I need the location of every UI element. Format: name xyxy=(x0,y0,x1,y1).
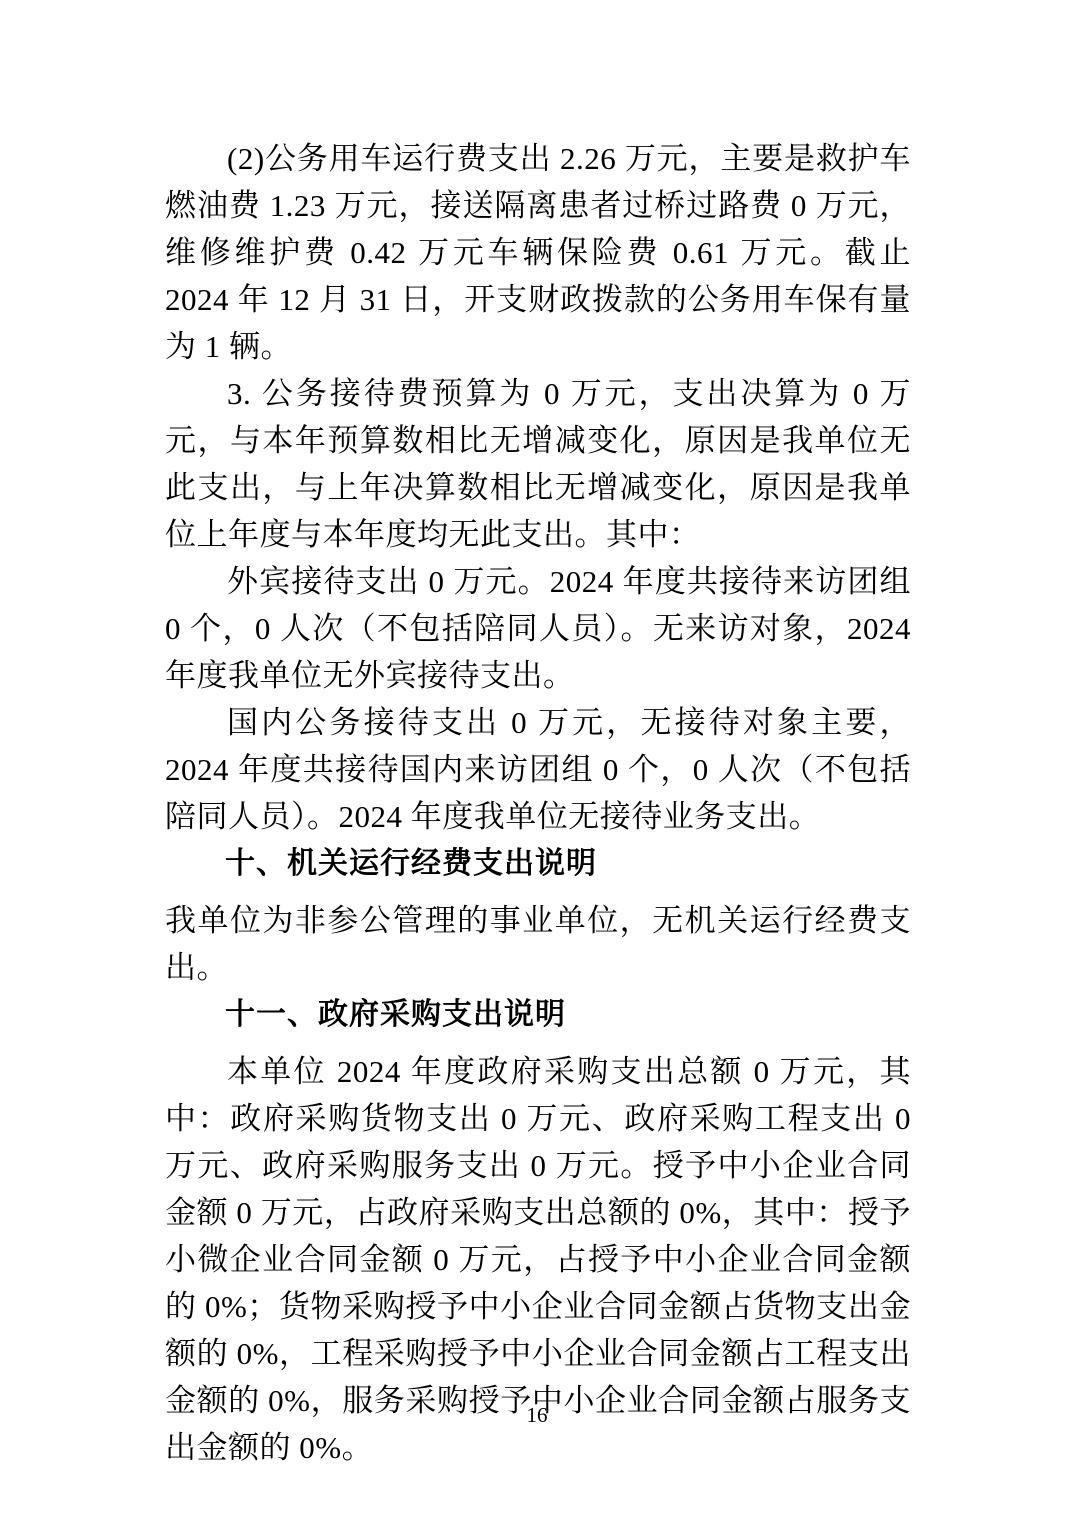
para-official-reception-expense: 3. 公务接待费预算为 0 万元，支出决算为 0 万元，与本年预算数相比无增减变… xyxy=(165,370,911,558)
heading-agency-operating-expense: 十、机关运行经费支出说明 xyxy=(165,840,911,887)
para-domestic-reception: 国内公务接待支出 0 万元，无接待对象主要，2024 年度共接待国内来访团组 0… xyxy=(165,699,911,840)
heading-government-procurement: 十一、政府采购支出说明 xyxy=(165,991,911,1038)
para-agency-operating-expense: 我单位为非参公管理的事业单位，无机关运行经费支出。 xyxy=(165,897,911,991)
para-official-vehicle-expense: (2)公务用车运行费支出 2.26 万元，主要是救护车燃油费 1.23 万元，接… xyxy=(165,135,911,370)
document-body: (2)公务用车运行费支出 2.26 万元，主要是救护车燃油费 1.23 万元，接… xyxy=(165,135,911,1471)
document-page: (2)公务用车运行费支出 2.26 万元，主要是救护车燃油费 1.23 万元，接… xyxy=(0,0,1074,1520)
para-foreign-guest-reception: 外宾接待支出 0 万元。2024 年度共接待来访团组 0 个，0 人次（不包括陪… xyxy=(165,558,911,699)
page-number: 16 xyxy=(0,1402,1074,1428)
